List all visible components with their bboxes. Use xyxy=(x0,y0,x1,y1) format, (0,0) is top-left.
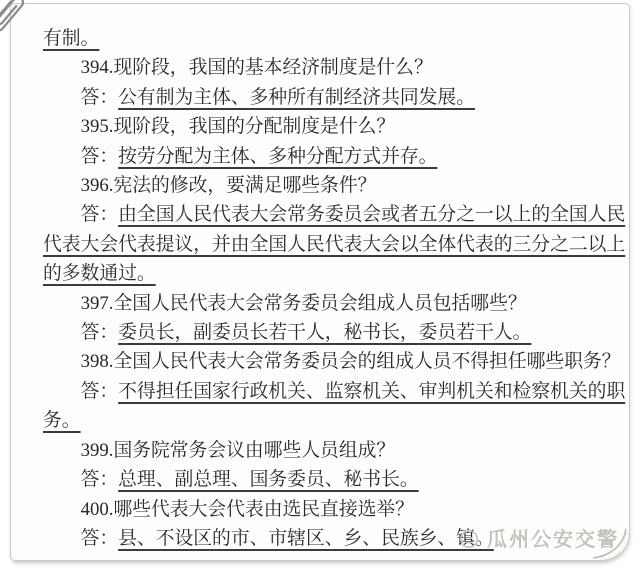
answer-400: 答：县、不设区的市、市辖区、乡、民族乡、镇。 xyxy=(43,524,626,553)
question-number: 396. xyxy=(81,175,114,196)
answer-399: 答：总理、副总理、国务委员、秘书长。 xyxy=(43,465,626,494)
answer-397: 答：委员长，副委员长若干人，秘书长，委员若干人。 xyxy=(43,318,626,347)
answer-395: 答：按劳分配为主体、多种分配方式并存。 xyxy=(43,142,626,171)
answer-text: 由全国人民代表大会常务委员会或者五分之一以上的全国人民代表大会代表提议，并由全国… xyxy=(43,204,625,284)
answer-label: 答： xyxy=(81,469,119,490)
question-text: 现阶段，我国的分配制度是什么？ xyxy=(113,116,395,137)
answer-label: 答： xyxy=(81,381,119,402)
question-text: 全国人民代表大会常务委员会组成人员包括哪些？ xyxy=(113,293,526,314)
answer-text: 县、不设区的市、市辖区、乡、民族乡、镇。 xyxy=(118,528,494,549)
answer-text: 按劳分配为主体、多种分配方式并存。 xyxy=(118,146,437,167)
answer-text: 不得担任国家行政机关、监察机关、审判机关和检察机关的职务。 xyxy=(43,381,625,431)
question-396: 396.宪法的修改，要满足哪些条件？ xyxy=(43,171,626,200)
question-399: 399.国务院常务会议由哪些人员组成？ xyxy=(43,436,626,465)
question-400: 400.哪些代表大会代表由选民直接选举？ xyxy=(43,495,626,524)
note-paper: 有制。 394.现阶段，我国的基本经济制度是什么？ 答：公有制为主体、多种所有制… xyxy=(10,3,630,561)
question-number: 397. xyxy=(81,293,114,314)
question-number: 400. xyxy=(81,499,114,520)
answer-label: 答： xyxy=(81,528,119,549)
continuation-line: 有制。 xyxy=(43,24,626,53)
question-number: 394. xyxy=(81,57,114,78)
question-text: 哪些代表大会代表由选民直接选举？ xyxy=(113,499,414,520)
answer-text: 委员长，副委员长若干人，秘书长，委员若干人。 xyxy=(118,322,531,343)
question-397: 397.全国人民代表大会常务委员会组成人员包括哪些？ xyxy=(43,289,626,318)
answer-label: 答： xyxy=(81,204,119,225)
question-text: 全国人民代表大会常务委员会的组成人员不得担任哪些职务？ xyxy=(113,351,620,372)
screenshot-stage: 有制。 394.现阶段，我国的基本经济制度是什么？ 答：公有制为主体、多种所有制… xyxy=(0,0,640,578)
question-number: 395. xyxy=(81,116,114,137)
answer-label: 答： xyxy=(81,322,119,343)
answer-398: 答：不得担任国家行政机关、监察机关、审判机关和检察机关的职务。 xyxy=(43,377,626,436)
page-curl-line-icon xyxy=(592,529,628,559)
question-398: 398.全国人民代表大会常务委员会的组成人员不得担任哪些职务？ xyxy=(43,347,626,376)
qa-text-block: 有制。 394.现阶段，我国的基本经济制度是什么？ 答：公有制为主体、多种所有制… xyxy=(11,4,629,553)
question-text: 国务院常务会议由哪些人员组成？ xyxy=(113,440,395,461)
answer-394: 答：公有制为主体、多种所有制经济共同发展。 xyxy=(43,83,626,112)
question-number: 399. xyxy=(81,440,114,461)
answer-text: 总理、副总理、国务委员、秘书长。 xyxy=(118,469,419,490)
question-394: 394.现阶段，我国的基本经济制度是什么？ xyxy=(43,53,626,82)
question-text: 宪法的修改，要满足哪些条件？ xyxy=(113,175,376,196)
answer-text: 公有制为主体、多种所有制经济共同发展。 xyxy=(118,87,475,108)
answer-label: 答： xyxy=(81,87,119,108)
question-395: 395.现阶段，我国的分配制度是什么？ xyxy=(43,112,626,141)
question-text: 现阶段，我国的基本经济制度是什么？ xyxy=(113,57,432,78)
answer-396: 答：由全国人民代表大会常务委员会或者五分之一以上的全国人民代表大会代表提议，并由… xyxy=(43,200,626,288)
answer-label: 答： xyxy=(81,146,119,167)
question-number: 398. xyxy=(81,351,114,372)
